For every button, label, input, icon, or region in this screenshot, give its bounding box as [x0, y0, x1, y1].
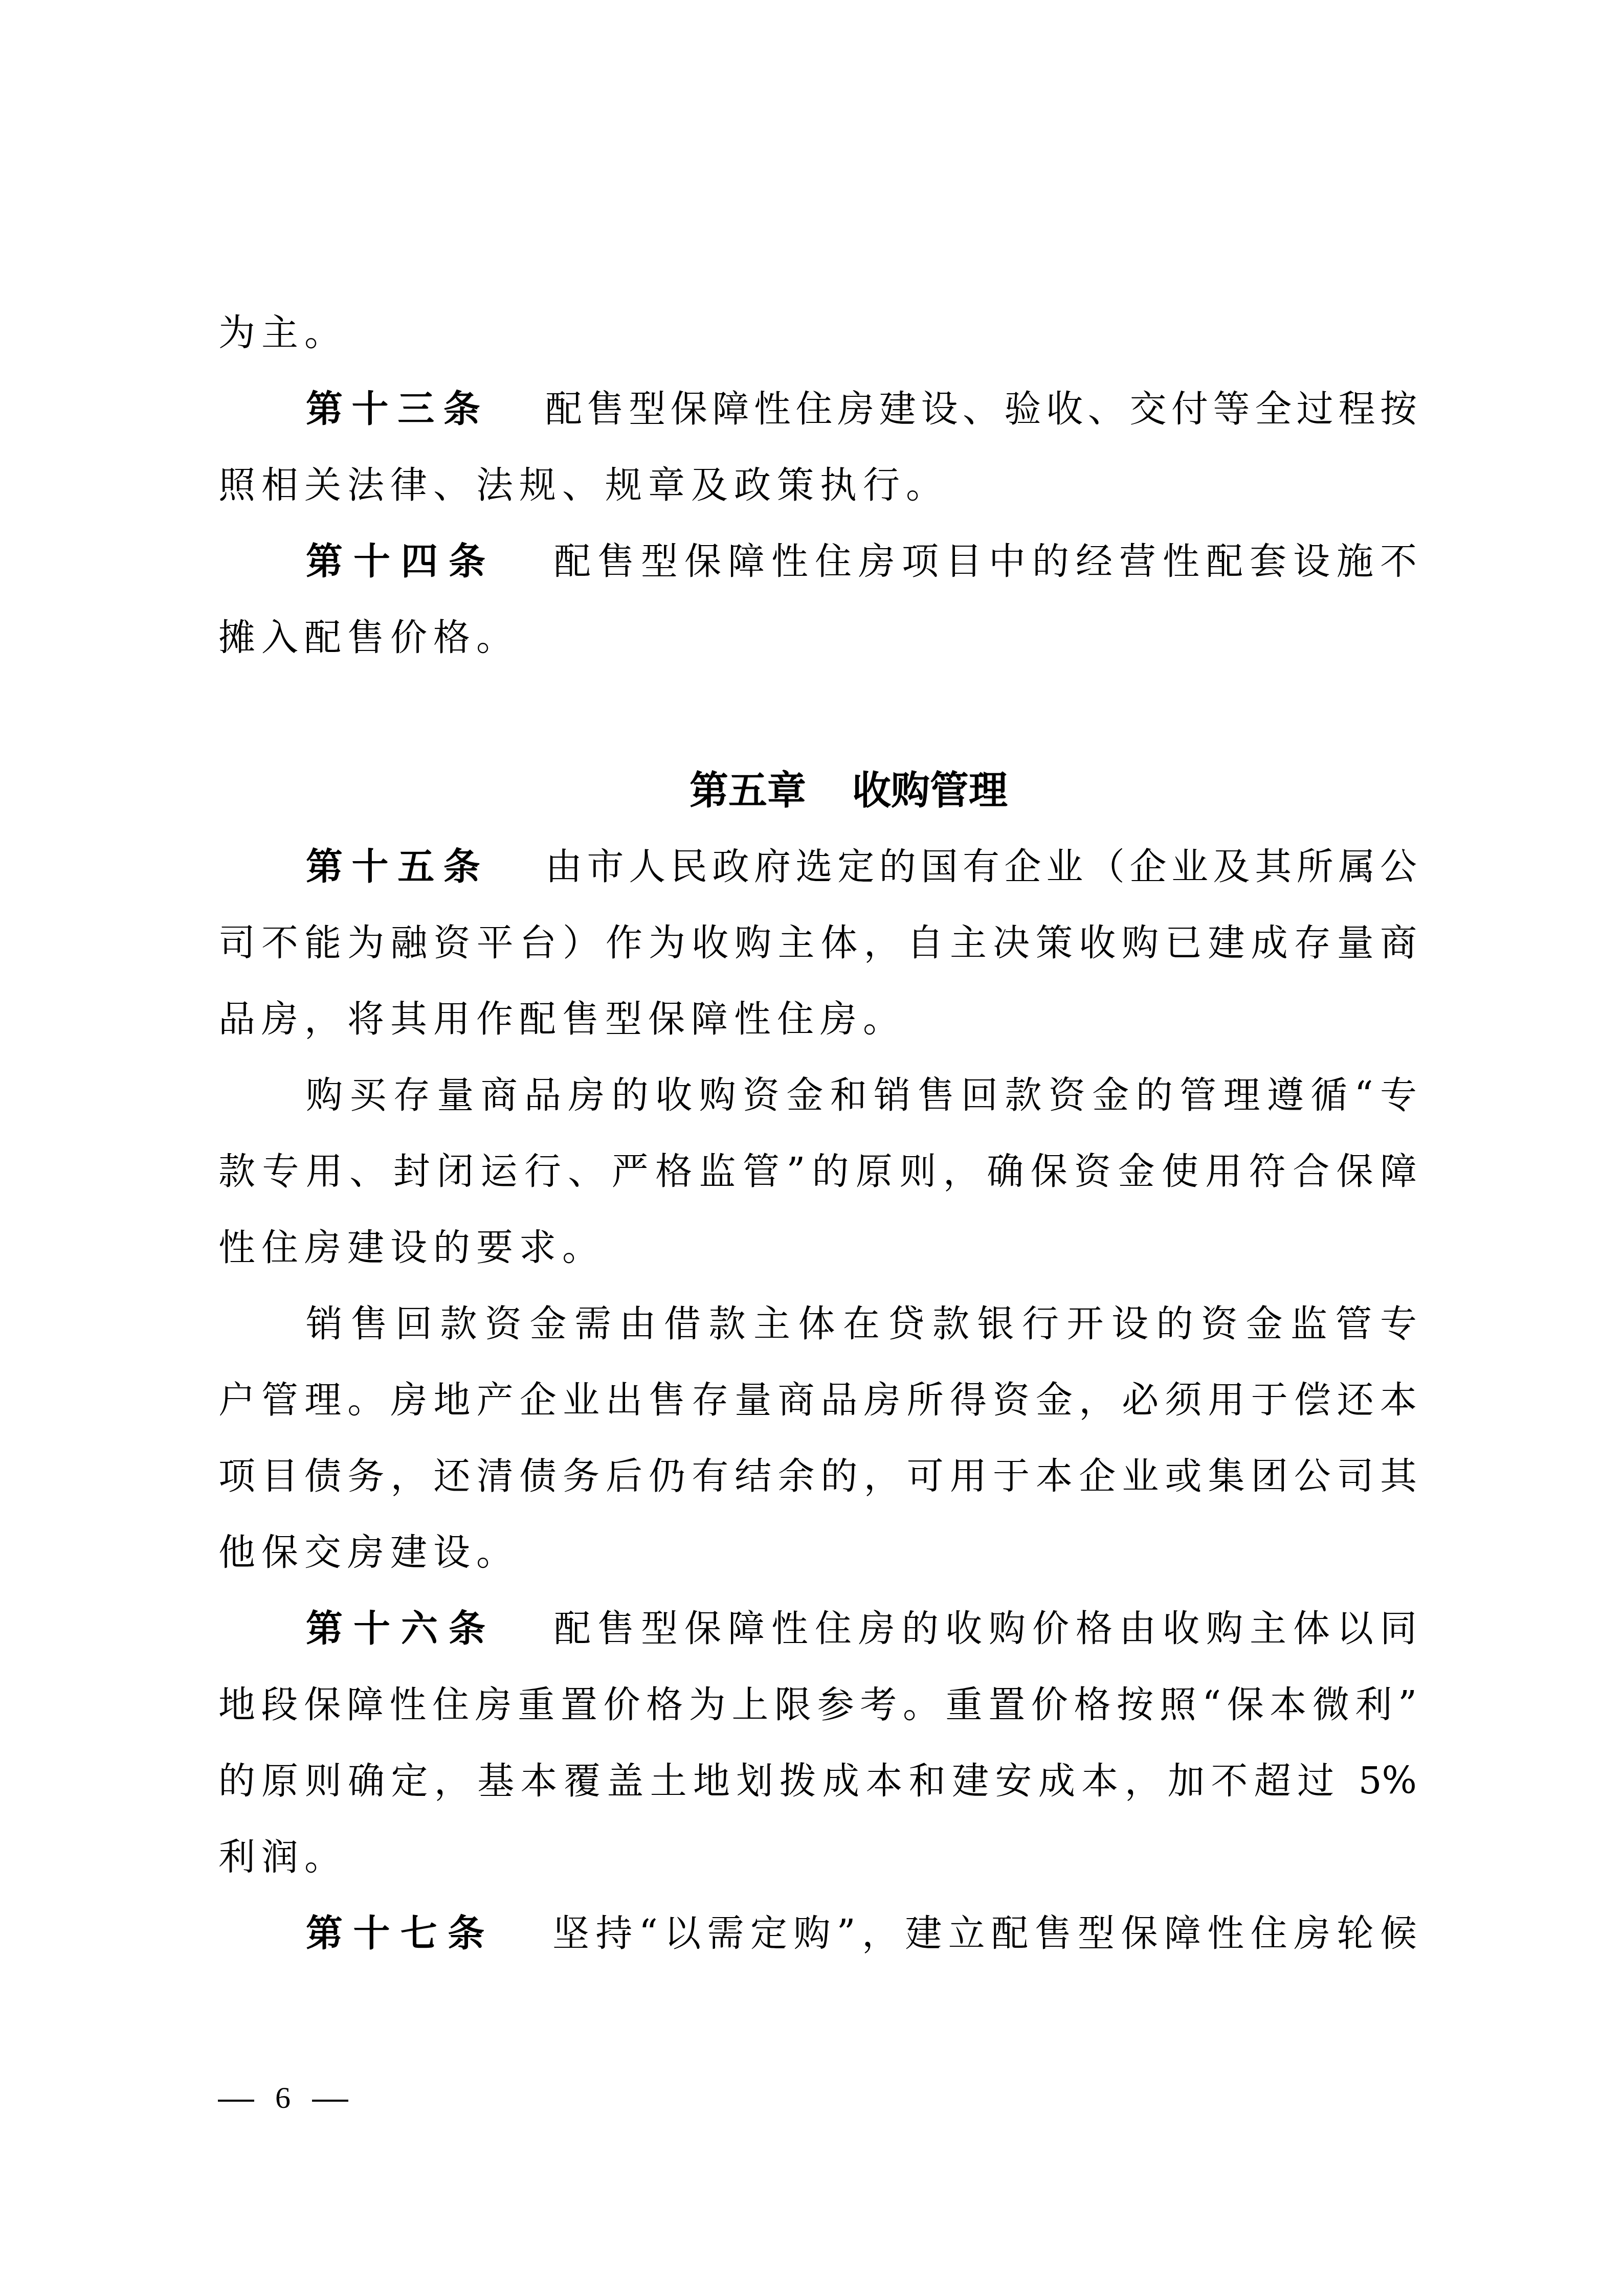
- article-17-first-line: 第十七条坚持“以需定购”，建立配售型保障性住房轮候: [306, 1895, 1417, 1971]
- article-16-first-line: 第十六条配售型保障性住房的收购价格由收购主体以同: [306, 1590, 1417, 1667]
- article-15-first-line: 第十五条由市人民政府选定的国有企业（企业及其所属公: [306, 828, 1417, 905]
- paragraph-continuation: 摊入配售价格。: [218, 616, 519, 659]
- paragraph-continuation: 照相关法律、法规、规章及政策执行。: [218, 463, 949, 506]
- text-line: 户管理。房地产企业出售存量商品房所得资金，必须用于偿还本: [218, 1362, 1417, 1438]
- paragraph-continuation: 地段保障性住房重置价格为上限参考。重置价格按照“保本微利”: [218, 1683, 1417, 1726]
- paragraph-continuation: 款专用、封闭运行、严格监管”的原则，确保资金使用符合保障: [218, 1150, 1417, 1192]
- text-line: 摊入配售价格。: [218, 599, 519, 676]
- article-label: 第十七条: [306, 1911, 495, 1954]
- article-label: 第十五条: [306, 845, 489, 888]
- paragraph-continuation: 性住房建设的要求。: [218, 1226, 605, 1269]
- paragraph-first-line: 销售回款资金需由借款主体在贷款银行开设的资金监管专: [306, 1286, 1417, 1362]
- chapter-title: 第五章收购管理: [689, 752, 1008, 828]
- article-label: 第十六条: [306, 1607, 496, 1650]
- chapter-number: 第五章: [689, 768, 806, 813]
- text-line: 照相关法律、法规、规章及政策执行。: [218, 447, 949, 523]
- page-number: 6: [218, 2082, 348, 2113]
- paragraph-continuation: 品房，将其用作配售型保障性住房。: [218, 997, 906, 1040]
- article-text: 由市人民政府选定的国有企业（企业及其所属公: [540, 845, 1417, 888]
- text-line: 的原则确定，基本覆盖土地划拨成本和建安成本，加不超过 5%: [218, 1743, 1417, 1819]
- paragraph-continuation: 他保交房建设。: [218, 1530, 519, 1573]
- paragraph-text: 销售回款资金需由借款主体在贷款银行开设的资金监管专: [306, 1302, 1417, 1345]
- page-number-dash-right: [312, 2100, 348, 2102]
- text-line: 利润。: [218, 1819, 347, 1895]
- article-text: 配售型保障性住房建设、验收、交付等全过程按: [540, 387, 1417, 430]
- paragraph-first-line: 购买存量商品房的收购资金和销售回款资金的管理遵循“专: [306, 1057, 1417, 1133]
- text-line: 款专用、封闭运行、严格监管”的原则，确保资金使用符合保障: [218, 1133, 1417, 1209]
- article-13-first-line: 第十三条配售型保障性住房建设、验收、交付等全过程按: [306, 371, 1417, 447]
- text-line: 项目债务，还清债务后仍有结余的，可用于本企业或集团公司其: [218, 1438, 1417, 1514]
- page-number-dash-left: [218, 2100, 254, 2102]
- article-label: 第十三条: [306, 387, 489, 430]
- text-line: 品房，将其用作配售型保障性住房。: [218, 981, 906, 1057]
- text-line: 性住房建设的要求。: [218, 1209, 605, 1286]
- text-line: 地段保障性住房重置价格为上限参考。重置价格按照“保本微利”: [218, 1667, 1417, 1743]
- paragraph-continuation: 的原则确定，基本覆盖土地划拨成本和建安成本，加不超过 5%: [218, 1759, 1417, 1802]
- paragraph-continuation: 户管理。房地产企业出售存量商品房所得资金，必须用于偿还本: [218, 1378, 1417, 1421]
- paragraph-continuation: 项目债务，还清债务后仍有结余的，可用于本企业或集团公司其: [218, 1454, 1417, 1497]
- paragraph-continuation: 利润。: [218, 1835, 347, 1878]
- document-page: 为主。 第十三条配售型保障性住房建设、验收、交付等全过程按 照相关法律、法规、规…: [0, 0, 1624, 2296]
- paragraph-continuation: 为主。: [218, 311, 347, 354]
- paragraph-text: 购买存量商品房的收购资金和销售回款资金的管理遵循“专: [306, 1073, 1417, 1116]
- page-number-value: 6: [275, 2082, 291, 2113]
- article-text: 配售型保障性住房的收购价格由收购主体以同: [547, 1607, 1417, 1650]
- article-text: 坚持“以需定购”，建立配售型保障性住房轮候: [546, 1911, 1417, 1954]
- text-line: 他保交房建设。: [218, 1514, 519, 1590]
- text-line: 司不能为融资平台）作为收购主体，自主决策收购已建成存量商: [218, 905, 1417, 981]
- text-line: 为主。: [218, 295, 347, 371]
- article-14-first-line: 第十四条配售型保障性住房项目中的经营性配套设施不: [306, 523, 1417, 599]
- chapter-name: 收购管理: [852, 768, 1008, 813]
- paragraph-continuation: 司不能为融资平台）作为收购主体，自主决策收购已建成存量商: [218, 921, 1417, 964]
- article-label: 第十四条: [306, 539, 496, 582]
- article-text: 配售型保障性住房项目中的经营性配套设施不: [547, 539, 1417, 582]
